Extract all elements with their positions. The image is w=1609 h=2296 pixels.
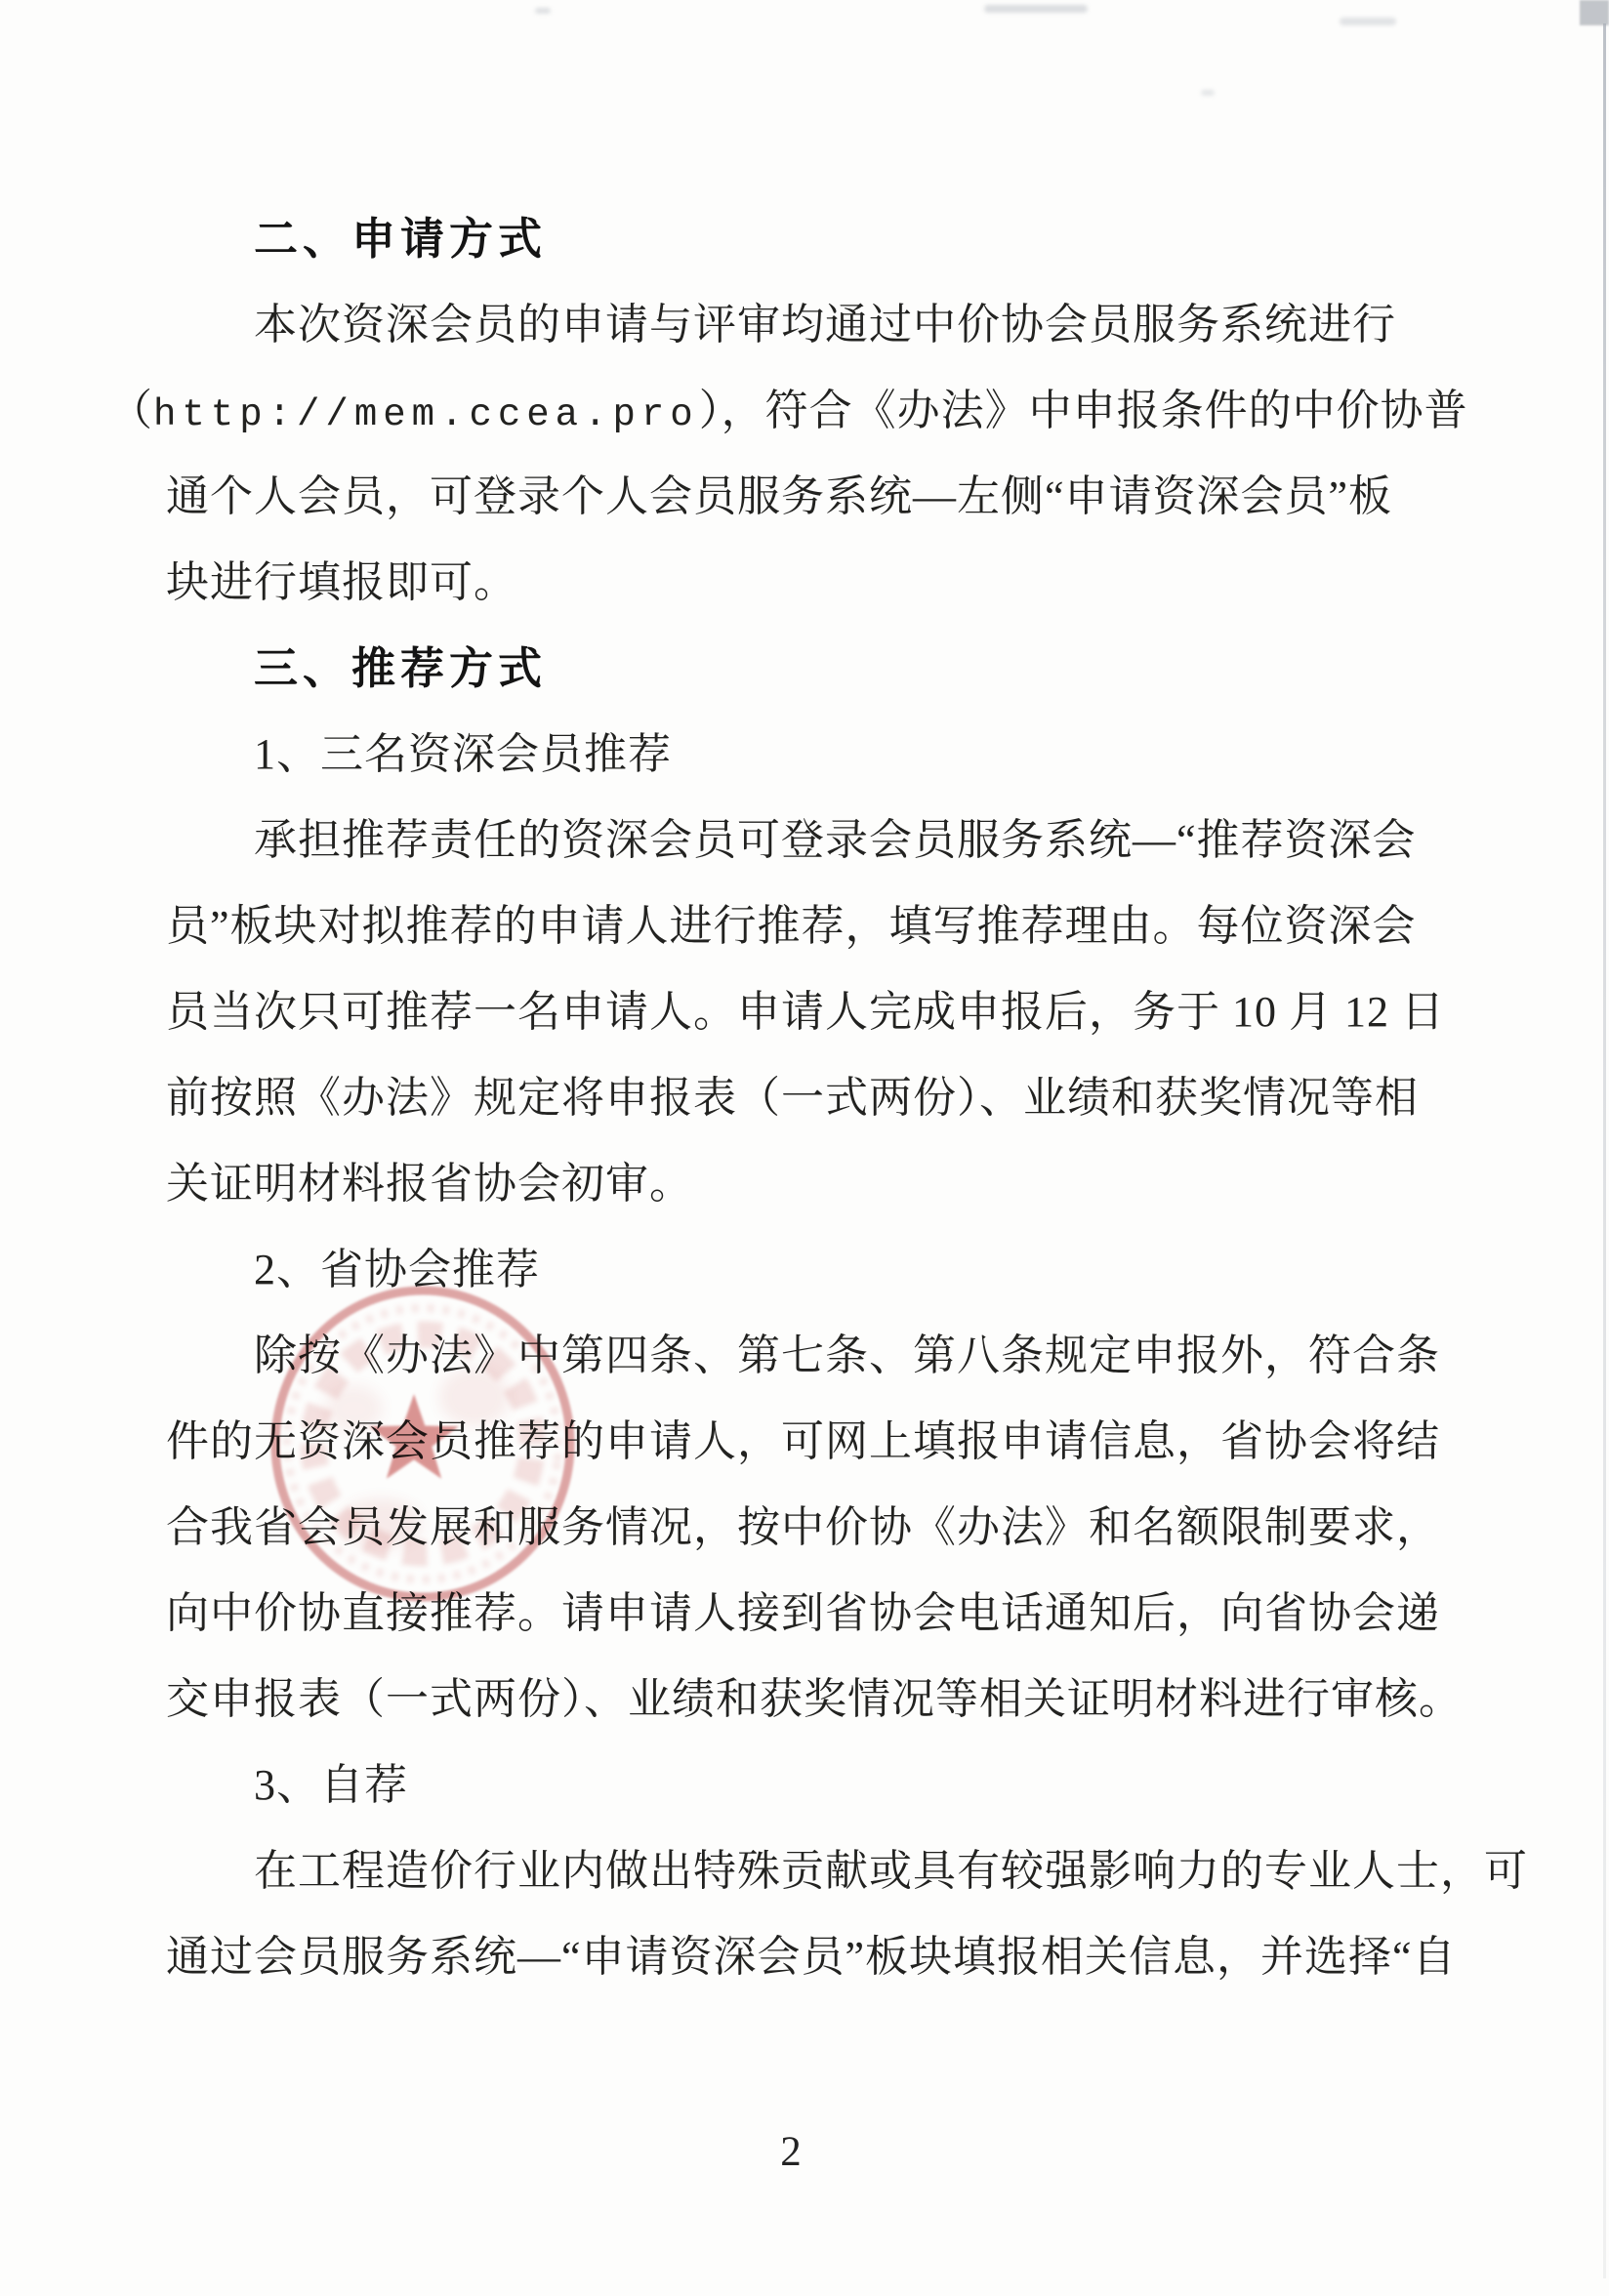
scan-smudge	[535, 8, 551, 14]
fullwidth-open-paren: （	[109, 387, 153, 434]
page-number: 2	[0, 2128, 1582, 2176]
recommend-item1-line: 员当次只可推荐一名申请人。申请人完成申报后，务于 10 月 12 日	[166, 969, 1435, 1055]
apply-paragraph-line-url: （http://mem.ccea.pro），符合《办法》中申报条件的中价协普	[109, 368, 1435, 454]
scan-smudge	[1340, 18, 1396, 25]
apply-line-rest: ），符合《办法》中申报条件的中价协普	[699, 387, 1468, 434]
recommend-item3-title: 3、自荐	[166, 1742, 1435, 1828]
recommend-item2-line: 交申报表（一式两份）、业绩和获奖情况等相关证明材料进行审核。	[166, 1657, 1435, 1742]
document-body: 二、申请方式 本次资深会员的申请与评审均通过中价协会员服务系统进行 （http:…	[166, 196, 1435, 2000]
recommend-item1-line: 关证明材料报省协会初审。	[166, 1141, 1435, 1227]
recommend-item3-line: 在工程造价行业内做出特殊贡献或具有较强影响力的专业人士，可	[166, 1828, 1435, 1914]
recommend-item2-title: 2、省协会推荐	[166, 1227, 1435, 1313]
scan-smudge	[1201, 90, 1215, 96]
heading-application-method: 二、申请方式	[166, 196, 1435, 282]
apply-paragraph-line: 本次资深会员的申请与评审均通过中价协会员服务系统进行	[166, 282, 1435, 368]
apply-paragraph-line: 块进行填报即可。	[166, 540, 1435, 626]
recommend-item2-line: 向中价协直接推荐。请申请人接到省协会电话通知后，向省协会递	[166, 1571, 1435, 1657]
recommend-item2-line: 件的无资深会员推荐的申请人，可网上填报申请信息，省协会将结	[166, 1399, 1435, 1485]
recommend-item3-line: 通过会员服务系统—“申请资深会员”板块填报相关信息，并选择“自	[166, 1914, 1435, 2000]
recommend-item1-title: 1、三名资深会员推荐	[166, 712, 1435, 798]
member-system-url: http://mem.ccea.pro	[153, 393, 699, 436]
heading-recommend-method: 三、推荐方式	[166, 626, 1435, 712]
recommend-item2-line: 除按《办法》中第四条、第七条、第八条规定申报外，符合条	[166, 1313, 1435, 1399]
scanned-document-page: 二、申请方式 本次资深会员的申请与评审均通过中价协会员服务系统进行 （http:…	[0, 0, 1609, 2296]
recommend-item2-line: 合我省会员发展和服务情况，按中价协《办法》和名额限制要求，	[166, 1485, 1435, 1571]
scan-smudge	[984, 5, 1088, 13]
recommend-item1-line: 前按照《办法》规定将申报表（一式两份）、业绩和获奖情况等相	[166, 1055, 1435, 1141]
apply-paragraph-line: 通个人会员，可登录个人会员服务系统—左侧“申请资深会员”板	[166, 454, 1435, 540]
scan-edge-line	[1603, 23, 1606, 2278]
recommend-item1-line: 员”板块对拟推荐的申请人进行推荐，填写推荐理由。每位资深会	[166, 883, 1435, 969]
recommend-item1-line: 承担推荐责任的资深会员可登录会员服务系统—“推荐资深会	[166, 798, 1435, 883]
scan-corner-artifact	[1580, 0, 1609, 25]
